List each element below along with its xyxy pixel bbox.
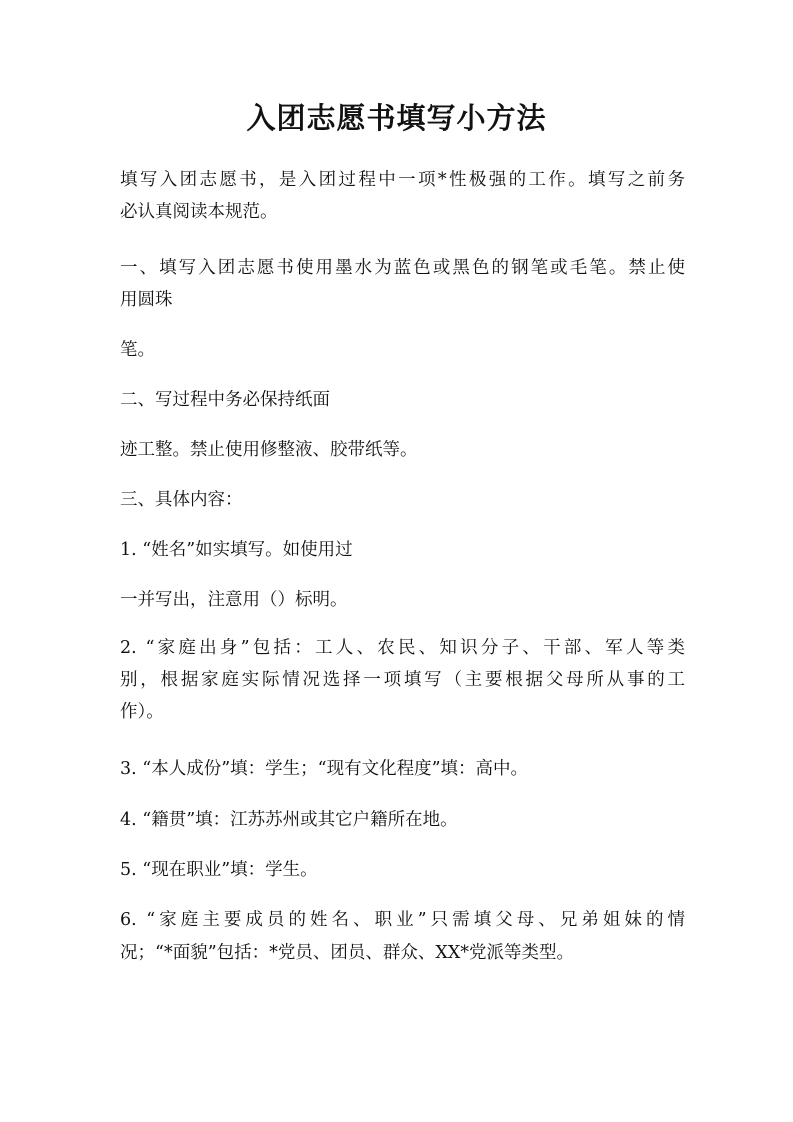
paragraph-line: 作）。 — [120, 700, 685, 724]
paragraph-line: 6. “家庭主要成员的姓名、职业”只需填父母、兄弟姐妹的情 — [120, 908, 685, 932]
paragraph-line: 迹工整。禁止使用修整液、胶带纸等。 — [120, 438, 685, 462]
paragraph-line: 5. “现在职业”填：学生。 — [120, 858, 685, 882]
paragraph-line: 填写入团志愿书，是入团过程中一项*性极强的工作。填写之前务 — [120, 168, 685, 192]
paragraph-line: 一并写出，注意用（）标明。 — [120, 588, 685, 612]
paragraph-line: 别，根据家庭实际情况选择一项填写（主要根据父母所从事的工 — [120, 668, 685, 692]
paragraph-line: 二、写过程中务必保持纸面 — [120, 388, 685, 412]
paragraph-line: 2. “家庭出身”包括：工人、农民、知识分子、干部、军人等类 — [120, 636, 685, 660]
paragraph-line: 一、填写入团志愿书使用墨水为蓝色或黑色的钢笔或毛笔。禁止使 — [120, 256, 685, 280]
paragraph-line: 笔。 — [120, 338, 685, 362]
paragraph-line: 用圆珠 — [120, 288, 685, 312]
paragraph-line: 1. “姓名”如实填写。如使用过 — [120, 538, 685, 562]
paragraph-line: 必认真阅读本规范。 — [120, 200, 685, 224]
paragraph-line: 况；“*面貌”包括：*党员、团员、群众、XX*党派等类型。 — [120, 941, 685, 965]
document-title: 入团志愿书填写小方法 — [0, 96, 793, 137]
paragraph-line: 4. “籍贯”填：江苏苏州或其它户籍所在地。 — [120, 808, 685, 832]
paragraph-line: 三、具体内容： — [120, 488, 685, 512]
paragraph-line: 3. “本人成份”填：学生；“现有文化程度”填：高中。 — [120, 757, 685, 781]
